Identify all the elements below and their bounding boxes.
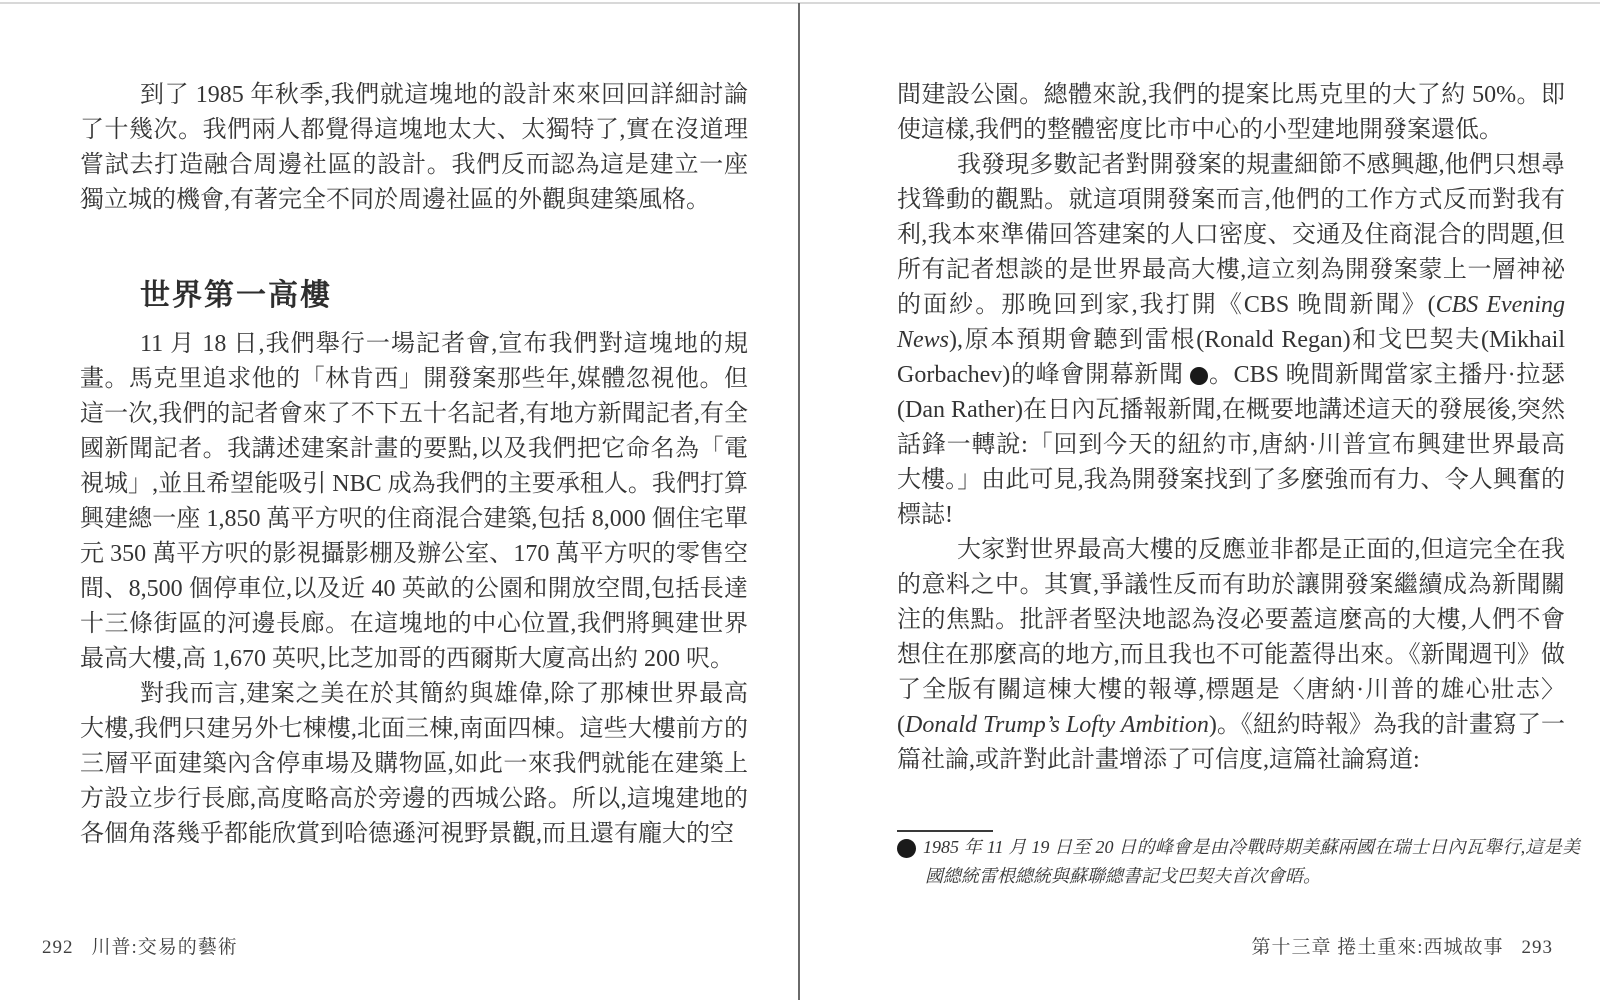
footnote-text: 1985 年 11 月 19 日至 20 日的峰會是由冷戰時期美蘇兩國在瑞士日內… [923, 837, 1580, 886]
body-paragraph: 大家對世界最高大樓的反應並非都是正面的,但這完全在我的意料之中。其實,爭議性反而… [897, 533, 1565, 778]
body-paragraph: 11 月 18 日,我們舉行一場記者會,宣布我們對這塊地的規畫。馬克里追求他的「… [80, 327, 748, 677]
footnote: 41985 年 11 月 19 日至 20 日的峰會是由冷戰時期美蘇兩國在瑞士日… [897, 833, 1580, 891]
footnote-separator [897, 830, 993, 832]
body-paragraph-continued: 間建設公園。總體來說,我們的提案比馬克里的大了約 50%。即使這樣,我們的整體密… [897, 78, 1565, 148]
left-page-footer: 292川普:交易的藝術 [42, 936, 238, 960]
page-divider [798, 3, 800, 1000]
body-paragraph: 到了 1985 年秋季,我們就這塊地的設計來來回回詳細討論了十幾次。我們兩人都覺… [80, 78, 748, 218]
body-paragraph: 對我而言,建案之美在於其簡約與雄偉,除了那棟世界最高大樓,我們只建另外七棟樓,北… [80, 677, 748, 852]
page-number: 292 [42, 937, 74, 958]
top-border [0, 2, 1600, 4]
body-paragraph: 我發現多數記者對開發案的規畫細節不感興趣,他們只想尋找聳動的觀點。就這項開發案而… [897, 148, 1565, 533]
footnote-marker: 4 [897, 839, 916, 858]
left-page: 到了 1985 年秋季,我們就這塊地的設計來來回回詳細討論了十幾次。我們兩人都覺… [80, 78, 748, 852]
book-title: 川普:交易的藝術 [92, 937, 238, 958]
book-spread: 到了 1985 年秋季,我們就這塊地的設計來來回回詳細討論了十幾次。我們兩人都覺… [0, 0, 1600, 1000]
right-page-footer: 第十三章 捲土重來:西城故事293 [1251, 936, 1553, 960]
chapter-label: 第十三章 捲土重來:西城故事 [1251, 937, 1503, 958]
page-number: 293 [1522, 937, 1554, 958]
section-heading: 世界第一高樓 [80, 276, 748, 316]
right-page: 間建設公園。總體來說,我們的提案比馬克里的大了約 50%。即使這樣,我們的整體密… [897, 78, 1565, 778]
